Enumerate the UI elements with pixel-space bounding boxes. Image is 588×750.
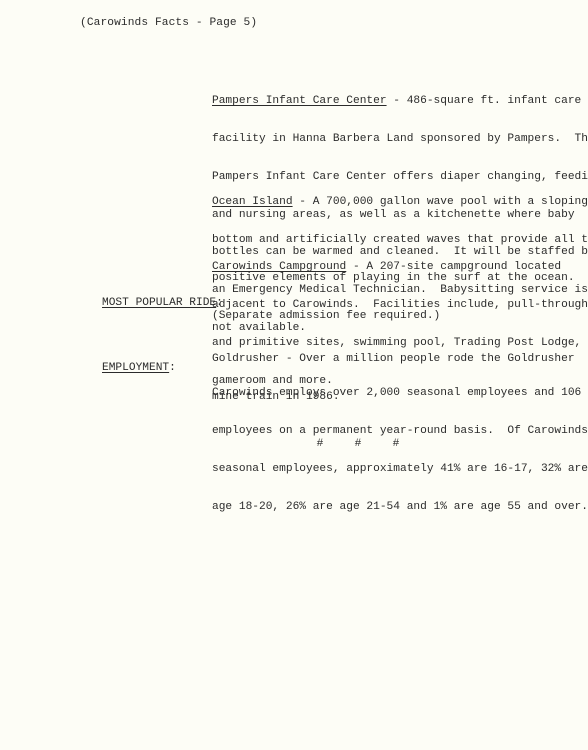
end-mark: # [392,438,400,451]
item-title: Pampers Infant Care Center [212,95,387,107]
text-line: seasonal employees, approximately 41% ar… [212,463,584,476]
item-first-line: Carowinds Campground - A 207-site campgr… [212,261,584,274]
item-first-line: Pampers Infant Care Center - 486-square … [212,95,584,108]
end-mark: # [354,438,362,451]
item-text-line: facility in Hanna Barbera Land sponsored… [212,133,584,146]
end-mark: # [316,438,324,451]
item-text-line: adjacent to Carowinds. Facilities includ… [212,299,584,312]
section-label-text: EMPLOYMENT [102,362,169,374]
item-text-line: - A 207-site campground located [346,261,561,273]
section-label-colon: : [169,362,176,374]
section-label-most-popular-ride: MOST POPULAR RIDE: [102,297,223,310]
item-title: Carowinds Campground [212,261,346,273]
section-label-employment: EMPLOYMENT: [102,362,176,375]
text-line: employees on a permanent year-round basi… [212,425,584,438]
item-text-line: - 486-square ft. infant care [387,95,582,107]
text-line: Carowinds employs over 2,000 seasonal em… [212,387,584,400]
item-text-line: - A 700,000 gallon wave pool with a slop… [293,196,588,208]
item-first-line: Ocean Island - A 700,000 gallon wave poo… [212,196,584,209]
section-label-text: MOST POPULAR RIDE [102,297,216,309]
section-label-colon: : [216,297,223,309]
page-header: (Carowinds Facts - Page 5) [80,17,257,30]
item-title: Ocean Island [212,196,293,208]
text-line: age 18-20, 26% are age 21-54 and 1% are … [212,501,584,514]
end-marks: # # # [316,438,400,451]
